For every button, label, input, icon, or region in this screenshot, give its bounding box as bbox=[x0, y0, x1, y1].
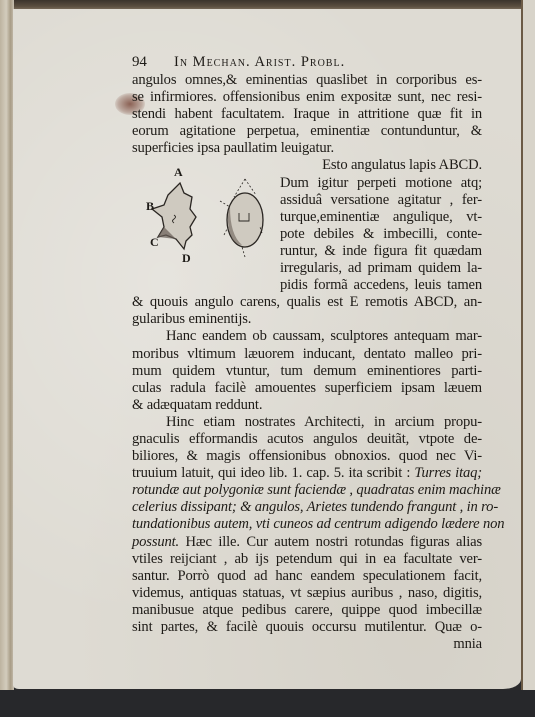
text-line: possunt. Hæc ille. Cur autem nostri rotu… bbox=[132, 534, 482, 551]
quote-line: rotundæ aut polygoniæ sunt faciendæ , qu… bbox=[132, 482, 482, 499]
text-line: angulos omnes,& eminentias quaslibet in … bbox=[132, 72, 482, 89]
stone-woodcut-icon bbox=[112, 165, 272, 275]
paragraph-4: Hinc etiam nostrates Architecti, in arci… bbox=[132, 414, 482, 636]
text-line: culas radula facilè amouentes superficie… bbox=[132, 380, 482, 397]
text-line: gnaculis efformandis acutos angulos deui… bbox=[132, 431, 482, 448]
text-line: gularibus eminentijs. bbox=[132, 311, 482, 328]
stone-figure: A B C D bbox=[112, 165, 272, 275]
catchword: mnia bbox=[132, 636, 482, 653]
text-line: truuium latuit, qui ideo lib. 1. cap. 5.… bbox=[132, 465, 482, 482]
page-number: 94 bbox=[132, 54, 174, 71]
text-line: manibusue atque pedibus carere, quippe q… bbox=[132, 602, 482, 619]
text-line: sint partes, & facilè quouis occursu mut… bbox=[132, 619, 482, 636]
page-header: 94 In Mechan. Arist. Probl. bbox=[132, 54, 482, 72]
text-segment: truuium latuit, qui ideo lib. 1. cap. 5.… bbox=[132, 465, 410, 481]
quote-line: celerius dissipant; & angulos, Arietes t… bbox=[132, 499, 482, 516]
text-line: pote debiles & imbecilli, conte- bbox=[280, 226, 482, 243]
text-line: irregularis, ad primam quidem la- bbox=[280, 260, 482, 277]
book-left-edge bbox=[0, 0, 14, 690]
text-line: eorum agitatione perpetua, eminentiæ con… bbox=[132, 123, 482, 140]
text-line: Dum igitur perpeti motione atq; bbox=[280, 175, 482, 192]
quote-line: tundationibus autem, vti cuneos ad centr… bbox=[132, 516, 482, 533]
text-segment: Hæc ille. Cur autem nostri rotundas figu… bbox=[179, 534, 482, 550]
running-head: In Mechan. Arist. Probl. bbox=[174, 54, 345, 71]
figure-label-d: D bbox=[182, 251, 191, 266]
figure-label-c: C bbox=[150, 235, 159, 250]
text-line: turque,eminentiæ angulique, vt- bbox=[280, 209, 482, 226]
page-text: 94 In Mechan. Arist. Probl. angulos omne… bbox=[132, 54, 482, 653]
text-line: assiduâ versatione agitatur , fer- bbox=[280, 192, 482, 209]
text-line: runtur, & inde figura fit quædam bbox=[280, 243, 482, 260]
text-line: biliores, & magis offensionibus obnoxios… bbox=[132, 448, 482, 465]
quote-end: possunt. bbox=[132, 534, 179, 550]
text-line: pidis formã accedens, leuis tamen bbox=[280, 277, 482, 294]
text-line: se infirmiores. offensionibus enim expos… bbox=[132, 89, 482, 106]
text-line: stendi habent facultatem. Iraque in attr… bbox=[132, 106, 482, 123]
paragraph-2-beside-figure: Dum igitur perpeti motione atq; assiduâ … bbox=[280, 175, 482, 295]
text-line: & adæquatam reddunt. bbox=[132, 397, 482, 414]
vitruvius-quote: Turres itaq; bbox=[414, 465, 482, 481]
text-line: & quouis angulo carens, qualis est E rem… bbox=[132, 294, 482, 311]
text-line: superficies ipsa paullatim leuigatur. bbox=[132, 140, 482, 157]
text-line: videmus, antiquas statuas, vt sæpius aur… bbox=[132, 585, 482, 602]
text-line: mum quidem vtuntur, tum demum eminentior… bbox=[132, 363, 482, 380]
figure-label-a: A bbox=[174, 165, 183, 180]
adjacent-page-edge bbox=[521, 0, 535, 700]
text-line: Hanc eandem ob caussam, sculptores anteq… bbox=[132, 328, 482, 345]
text-line: moribus vltimum læuorem inducant, dentat… bbox=[132, 346, 482, 363]
figure-label-b: B bbox=[146, 199, 154, 214]
paragraph-1: angulos omnes,& eminentias quaslibet in … bbox=[132, 72, 482, 157]
background-shadow bbox=[0, 690, 535, 717]
paragraph-3: Hanc eandem ob caussam, sculptores anteq… bbox=[132, 328, 482, 413]
text-line: vtiles reijciant , ab ijs petendum qui i… bbox=[132, 551, 482, 568]
text-line: Hinc etiam nostrates Architecti, in arci… bbox=[132, 414, 482, 431]
text-line: santur. Porrò quod ad hanc eandem specul… bbox=[132, 568, 482, 585]
